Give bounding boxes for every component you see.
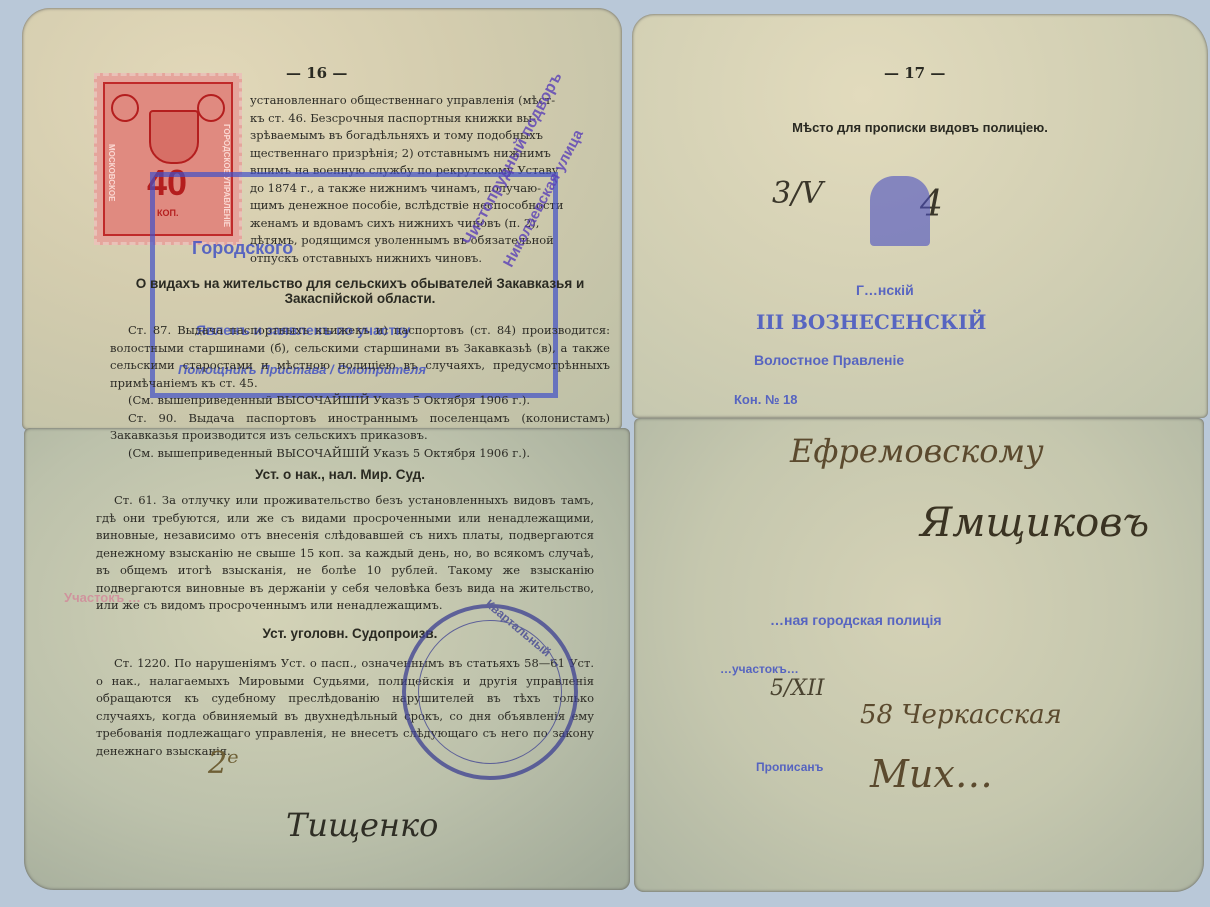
right-page-lower bbox=[634, 418, 1204, 892]
police-registration-heading: Мѣсто для прописки видовъ полиціею. bbox=[740, 120, 1100, 135]
stamp-text: Кон. № 18 bbox=[734, 392, 798, 407]
stamp-text: …участокъ… bbox=[720, 662, 799, 676]
coat-of-arms-icon bbox=[149, 110, 199, 164]
stamp-text: Г…нскій bbox=[856, 282, 914, 298]
handwritten-address: 58 Черкасская bbox=[860, 700, 1062, 730]
handwritten-signature: Мих… bbox=[870, 752, 993, 796]
rosette-icon bbox=[111, 94, 139, 122]
handwritten-date: 5/XII bbox=[770, 676, 824, 701]
section-text-transcaucasia: Ст. 87. Выдача паспортныхъ книжекъ и) па… bbox=[110, 322, 610, 462]
handwritten-signature: Тищенко bbox=[286, 806, 438, 844]
stamp-text: …ная городская полиція bbox=[770, 612, 942, 628]
page-number-left: — 16 — bbox=[286, 64, 347, 82]
pink-stamp-text: Участокъ … bbox=[64, 590, 141, 605]
stamp-text: Прописанъ bbox=[756, 760, 823, 774]
section-text-mir-sud: Ст. 61. За отлучку или проживательство б… bbox=[96, 492, 594, 615]
paragraph: (См. вышеприведенный ВЫСОЧАЙШІЙ Указъ 5 … bbox=[110, 445, 610, 463]
handwritten-note: 2ᵉ bbox=[208, 746, 239, 781]
text-line: щественнаго призрѣнія; 2) отставнымъ ниж… bbox=[250, 145, 580, 163]
rosette-icon bbox=[197, 94, 225, 122]
handwritten-signature: Ямщиковъ bbox=[920, 500, 1149, 546]
handwritten-entry: Ефремовскому bbox=[790, 432, 1044, 470]
stamp-inscription-left: МОСКОВСКОЕ bbox=[107, 144, 116, 201]
page-number-right: — 17 — bbox=[884, 64, 945, 82]
stamp-text: III ВОЗНЕСЕНСКІЙ bbox=[756, 310, 986, 334]
handwritten-date: 3/V bbox=[772, 176, 823, 211]
paragraph: (См. вышеприведенный ВЫСОЧАЙШІЙ Указъ 5 … bbox=[110, 392, 610, 410]
eagle-emblem-icon bbox=[870, 176, 930, 246]
paragraph: Ст. 87. Выдача паспортныхъ книжекъ и) па… bbox=[110, 322, 610, 392]
round-seal-stamp: Квартальный … bbox=[402, 604, 578, 780]
stamp-text: Городского bbox=[192, 238, 293, 259]
paragraph: Ст. 90. Выдача паспортовъ иностраннымъ п… bbox=[110, 410, 610, 445]
section-heading-transcaucasia: О видахъ на жительство для сельскихъ обы… bbox=[110, 276, 610, 306]
stamp-text: Волостное Правленіе bbox=[754, 352, 904, 368]
section-heading-mir-sud: Уст. о нак., нал. Мир. Суд. bbox=[110, 467, 570, 482]
